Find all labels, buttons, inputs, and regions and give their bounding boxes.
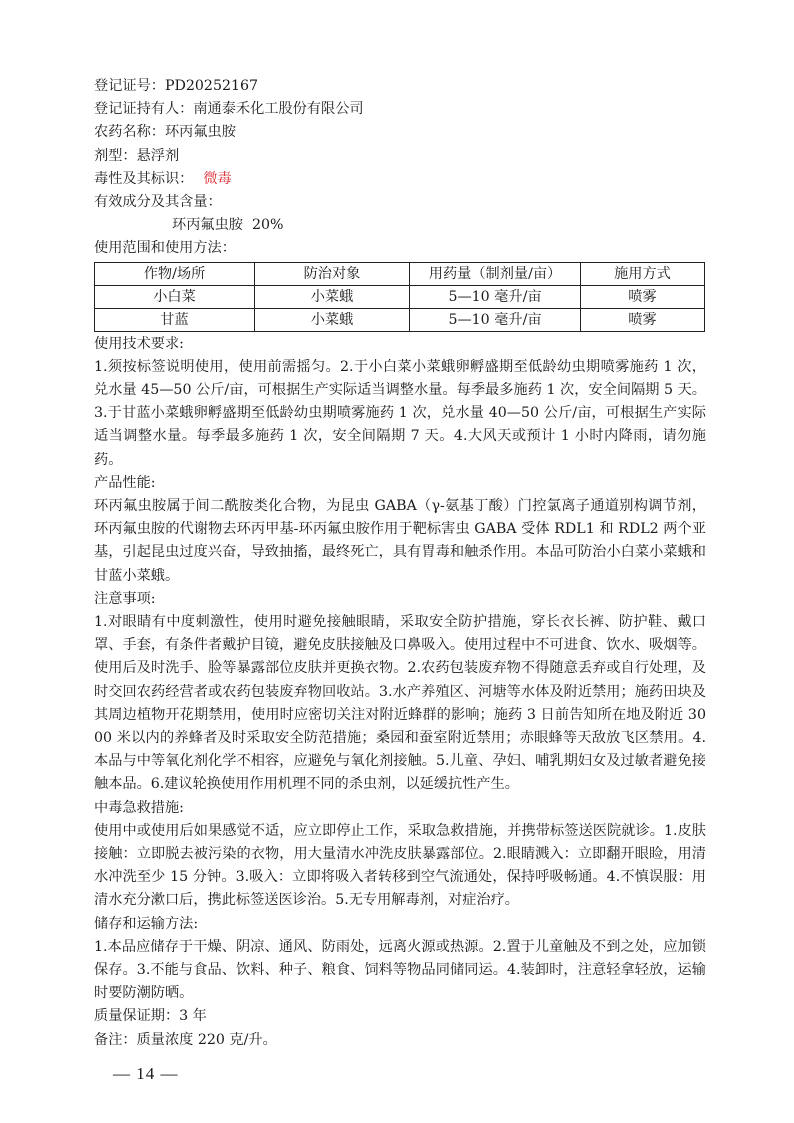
column-header: 用药量（制剂量/亩） [410, 262, 581, 285]
usage-table: 作物/场所 防治对象 用药量（制剂量/亩） 施用方式 小白菜 小菜蛾 5—10 … [94, 262, 705, 332]
product-performance-title: 产品性能: [94, 472, 706, 495]
table-cell: 小菜蛾 [255, 285, 410, 308]
storage-title: 储存和运输方法: [94, 913, 706, 936]
table-cell: 甘蓝 [95, 308, 255, 331]
first-aid-body: 使用中或使用后如果感觉不适，应立即停止工作，采取急救措施，并携带标签送医院就诊。… [94, 820, 706, 913]
table-cell: 小白菜 [95, 285, 255, 308]
table-cell: 喷雾 [581, 285, 705, 308]
toxicity: 毒性及其标识：微毒 [94, 168, 706, 191]
shelf-life: 质量保证期：3 年 [94, 1005, 706, 1028]
precautions-title: 注意事项: [94, 588, 706, 611]
column-header: 防治对象 [255, 262, 410, 285]
formulation-label: 剂型： [94, 148, 137, 164]
table-row: 小白菜 小菜蛾 5—10 毫升/亩 喷雾 [95, 285, 705, 308]
table-cell: 喷雾 [581, 308, 705, 331]
first-aid-title: 中毒急救措施: [94, 797, 706, 820]
toxicity-badge: 微毒 [203, 171, 231, 187]
table-header-row: 作物/场所 防治对象 用药量（制剂量/亩） 施用方式 [95, 262, 705, 285]
registration-holder-label: 登记证持有人： [94, 101, 193, 117]
column-header: 作物/场所 [95, 262, 255, 285]
formulation: 剂型：悬浮剂 [94, 145, 706, 168]
registration-holder: 登记证持有人：南通泰禾化工股份有限公司 [94, 98, 706, 121]
pesticide-name-label: 农药名称： [94, 124, 165, 140]
registration-number-value: PD20252167 [165, 78, 258, 94]
pesticide-name: 农药名称：环丙氟虫胺 [94, 121, 706, 144]
storage-body: 1.本品应储存于干燥、阴凉、通风、防雨处，远离火源或热源。2.置于儿童触及不到之… [94, 936, 706, 1006]
active-ingredient-value: 环丙氟虫胺 20% [94, 214, 706, 237]
table-row: 甘蓝 小菜蛾 5—10 毫升/亩 喷雾 [95, 308, 705, 331]
registration-holder-value: 南通泰禾化工股份有限公司 [193, 101, 363, 117]
column-header: 施用方式 [581, 262, 705, 285]
technical-requirements-title: 使用技术要求: [94, 333, 706, 356]
formulation-value: 悬浮剂 [137, 148, 180, 164]
toxicity-label: 毒性及其标识： [94, 171, 193, 187]
product-performance-body: 环丙氟虫胺属于间二酰胺类化合物，为昆虫 GABA（γ-氨基丁酸）门控氯离子通道别… [94, 495, 706, 588]
registration-number-label: 登记证号： [94, 78, 165, 94]
active-ingredient-label: 有效成分及其含量： [94, 191, 706, 214]
table-cell: 小菜蛾 [255, 308, 410, 331]
label-document: 登记证号：PD20252167 登记证持有人：南通泰禾化工股份有限公司 农药名称… [94, 75, 706, 1052]
table-cell: 5—10 毫升/亩 [410, 285, 581, 308]
table-cell: 5—10 毫升/亩 [410, 308, 581, 331]
page-number: — 14 — [113, 1064, 179, 1084]
pesticide-name-value: 环丙氟虫胺 [165, 124, 236, 140]
registration-number: 登记证号：PD20252167 [94, 75, 706, 98]
technical-requirements-body: 1.须按标签说明使用，使用前需摇匀。2.于小白菜小菜蛾卵孵盛期至低龄幼虫期喷雾施… [94, 356, 706, 472]
precautions-body: 1.对眼睛有中度刺激性，使用时避免接触眼睛，采取安全防护措施，穿长衣长裤、防护鞋… [94, 611, 706, 797]
remark: 备注：质量浓度 220 克/升。 [94, 1029, 706, 1052]
usage-title: 使用范围和使用方法： [94, 237, 706, 260]
